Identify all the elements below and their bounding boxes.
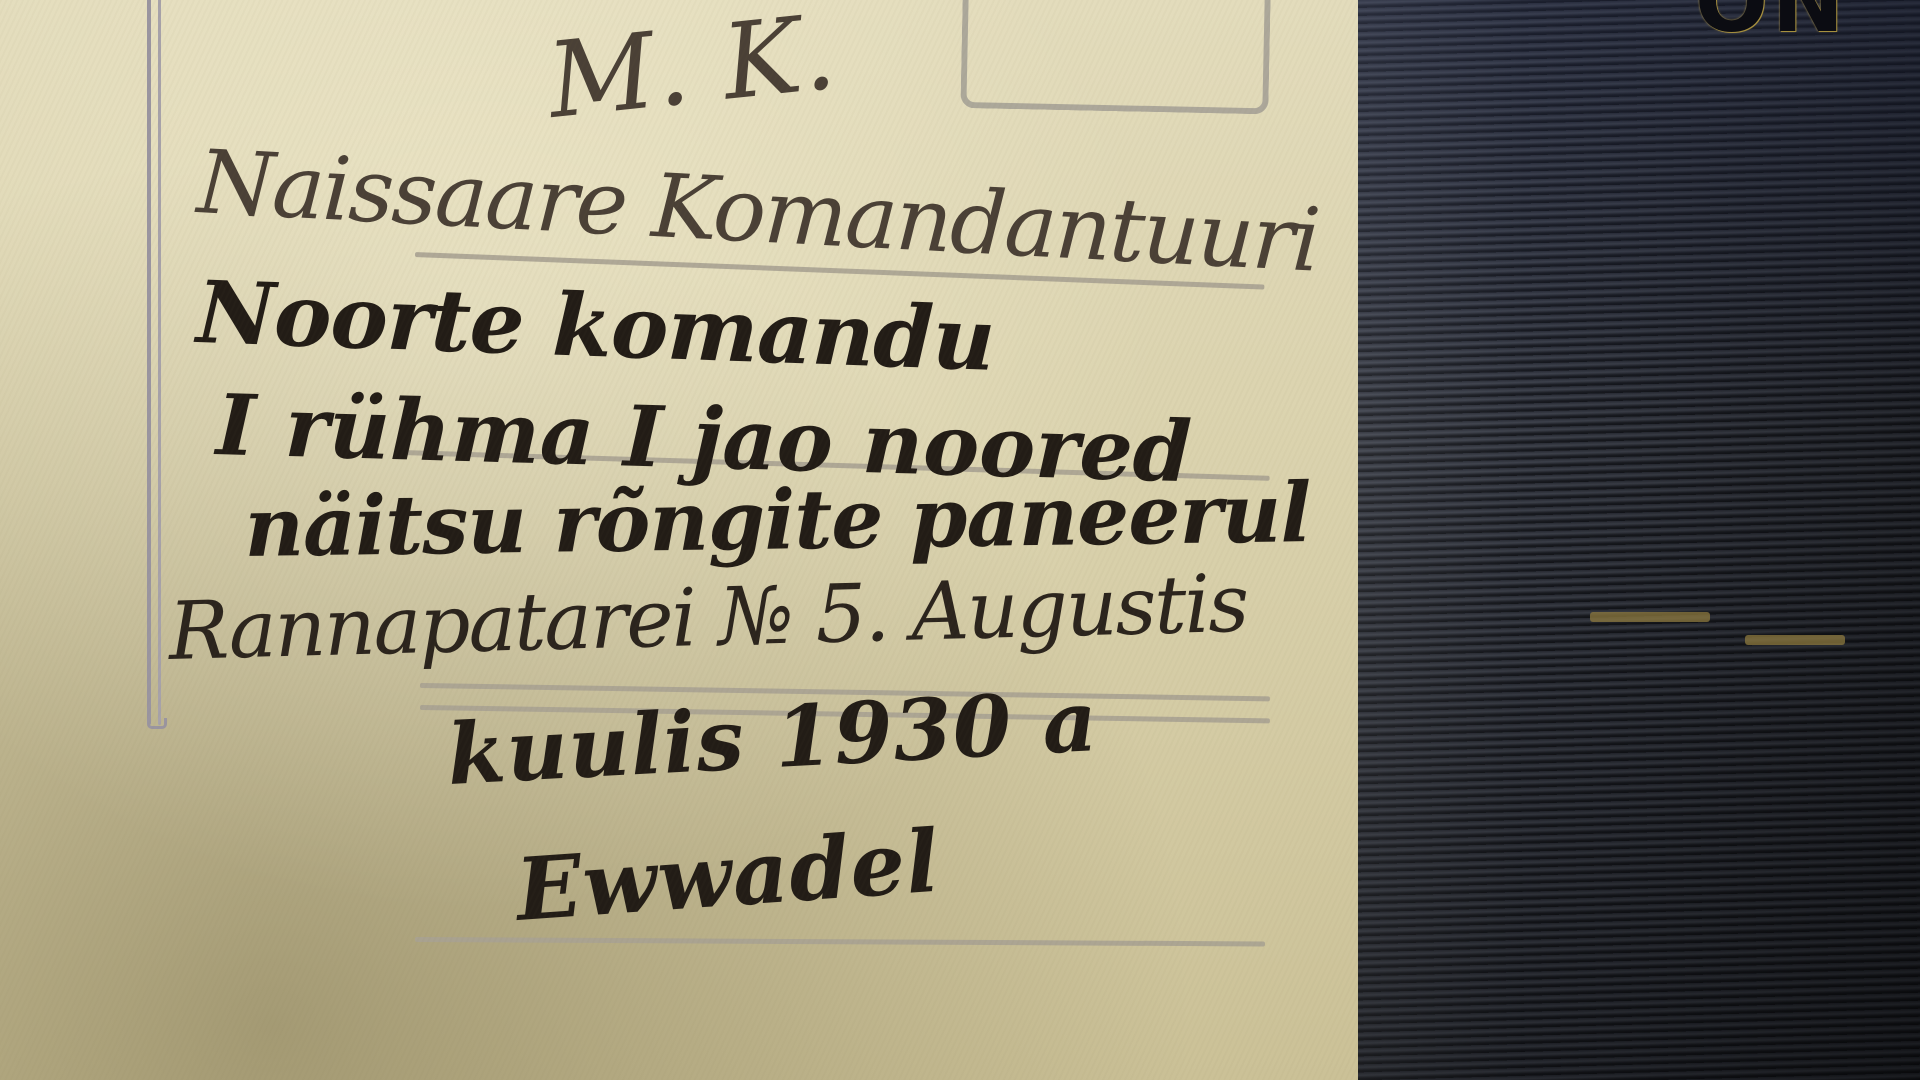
handwriting-line-1: M. K. — [542, 0, 842, 142]
handwriting-line-3: Noorte komandu — [195, 262, 996, 391]
postcard-border-end — [147, 718, 167, 729]
postcard-border-left-outer — [147, 0, 151, 725]
postcard-border-left-inner — [158, 0, 161, 725]
stamp-placeholder-box — [960, 0, 1271, 114]
handwriting-line-7: kuulis 1930 a — [445, 671, 1100, 804]
partial-logo: ON — [1695, 0, 1848, 52]
handwriting-line-6: Rannapatarei № 5. Augustis — [168, 557, 1249, 678]
ribbed-dark-surface — [1358, 0, 1920, 1080]
gold-scratch-2 — [1745, 635, 1845, 645]
handwriting-signature: Ewwadel — [513, 811, 943, 941]
gold-scratch-1 — [1590, 612, 1710, 622]
postcard-back: M. K. Naissaare Komandantuuri Noorte kom… — [0, 0, 1358, 1080]
